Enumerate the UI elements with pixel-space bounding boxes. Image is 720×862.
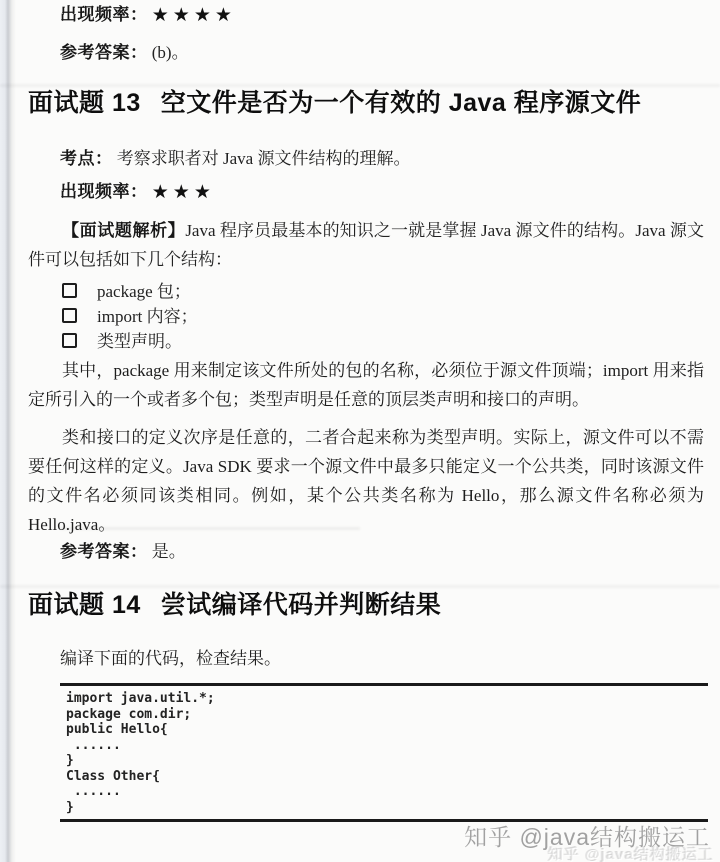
ballot-box-icon xyxy=(62,308,77,323)
question-number: 面试题 14 xyxy=(28,591,141,619)
exam-point-text: 考察求职者对 Java 源文件结构的理解。 xyxy=(117,149,411,168)
list-item-text: import 内容； xyxy=(97,307,198,326)
list-item-text: 类型声明。 xyxy=(97,332,182,351)
list-item: import 内容； xyxy=(62,304,198,329)
exam-point-line: 考点： 考察求职者对 Java 源文件结构的理解。 xyxy=(60,147,410,171)
reference-answer-line: 参考答案： (b)。 xyxy=(60,41,189,65)
question-title: 空文件是否为一个有效的 Java 程序源文件 xyxy=(161,89,642,117)
code-line: public Hello{ xyxy=(66,722,708,738)
body-paragraph: 其中，package 用来制定该文件所处的包的名称，必须位于源文件顶端；impo… xyxy=(28,356,704,414)
frequency-label: 出现频率： xyxy=(60,182,148,201)
structure-bullet-list: package 包； import 内容； 类型声明。 xyxy=(62,279,198,354)
star-rating: ★★★ xyxy=(152,181,215,203)
list-item: package 包； xyxy=(62,279,198,304)
answer-label: 参考答案： xyxy=(60,542,148,561)
code-intro-line: 编译下面的代码，检查结果。 xyxy=(60,647,281,671)
question-13-heading: 面试题 13空文件是否为一个有效的 Java 程序源文件 xyxy=(28,87,641,119)
star-rating: ★★★★ xyxy=(152,4,236,26)
list-item: 类型声明。 xyxy=(62,329,198,354)
code-line: } xyxy=(66,800,708,816)
question-14-heading: 面试题 14尝试编译代码并判断结果 xyxy=(28,589,441,621)
code-line: import java.util.*; xyxy=(66,691,708,707)
answer-label: 参考答案： xyxy=(60,43,148,62)
document-page: 出现频率： ★★★★ 参考答案： (b)。 面试题 13空文件是否为一个有效的 … xyxy=(0,0,720,862)
scan-artifact-line xyxy=(0,585,720,588)
body-paragraph: 类和接口的定义次序是任意的，二者合起来称为类型声明。实际上，源文件可以不需要任何… xyxy=(28,423,704,539)
answer-value: (b)。 xyxy=(152,43,189,62)
ballot-box-icon xyxy=(62,333,77,348)
answer-value: 是。 xyxy=(152,542,186,561)
exam-point-label: 考点： xyxy=(60,149,113,168)
page-left-edge-shadow xyxy=(0,0,16,862)
code-line: } xyxy=(66,753,708,769)
list-item-text: package 包； xyxy=(97,282,191,301)
embossed-watermark: 知乎 @java结构搬运工 xyxy=(548,843,714,862)
code-line: Class Other{ xyxy=(66,769,708,785)
code-listing: import java.util.*; package com.dir; pub… xyxy=(60,683,708,822)
frequency-label: 出现频率： xyxy=(60,5,148,24)
question-title: 尝试编译代码并判断结果 xyxy=(161,591,442,619)
frequency-line: 出现频率： ★★★★ xyxy=(60,3,236,27)
question-number: 面试题 13 xyxy=(28,89,141,117)
analysis-paragraph: 【面试题解析】Java 程序员最基本的知识之一就是掌握 Java 源文件的结构。… xyxy=(28,216,704,274)
ballot-box-icon xyxy=(62,283,77,298)
analysis-label: 【面试题解析】 xyxy=(62,221,185,240)
code-line: package com.dir; xyxy=(66,707,708,723)
reference-answer-line: 参考答案： 是。 xyxy=(60,540,186,564)
code-line: ...... xyxy=(66,784,708,800)
code-line: ...... xyxy=(66,738,708,754)
frequency-line: 出现频率： ★★★ xyxy=(60,180,215,204)
